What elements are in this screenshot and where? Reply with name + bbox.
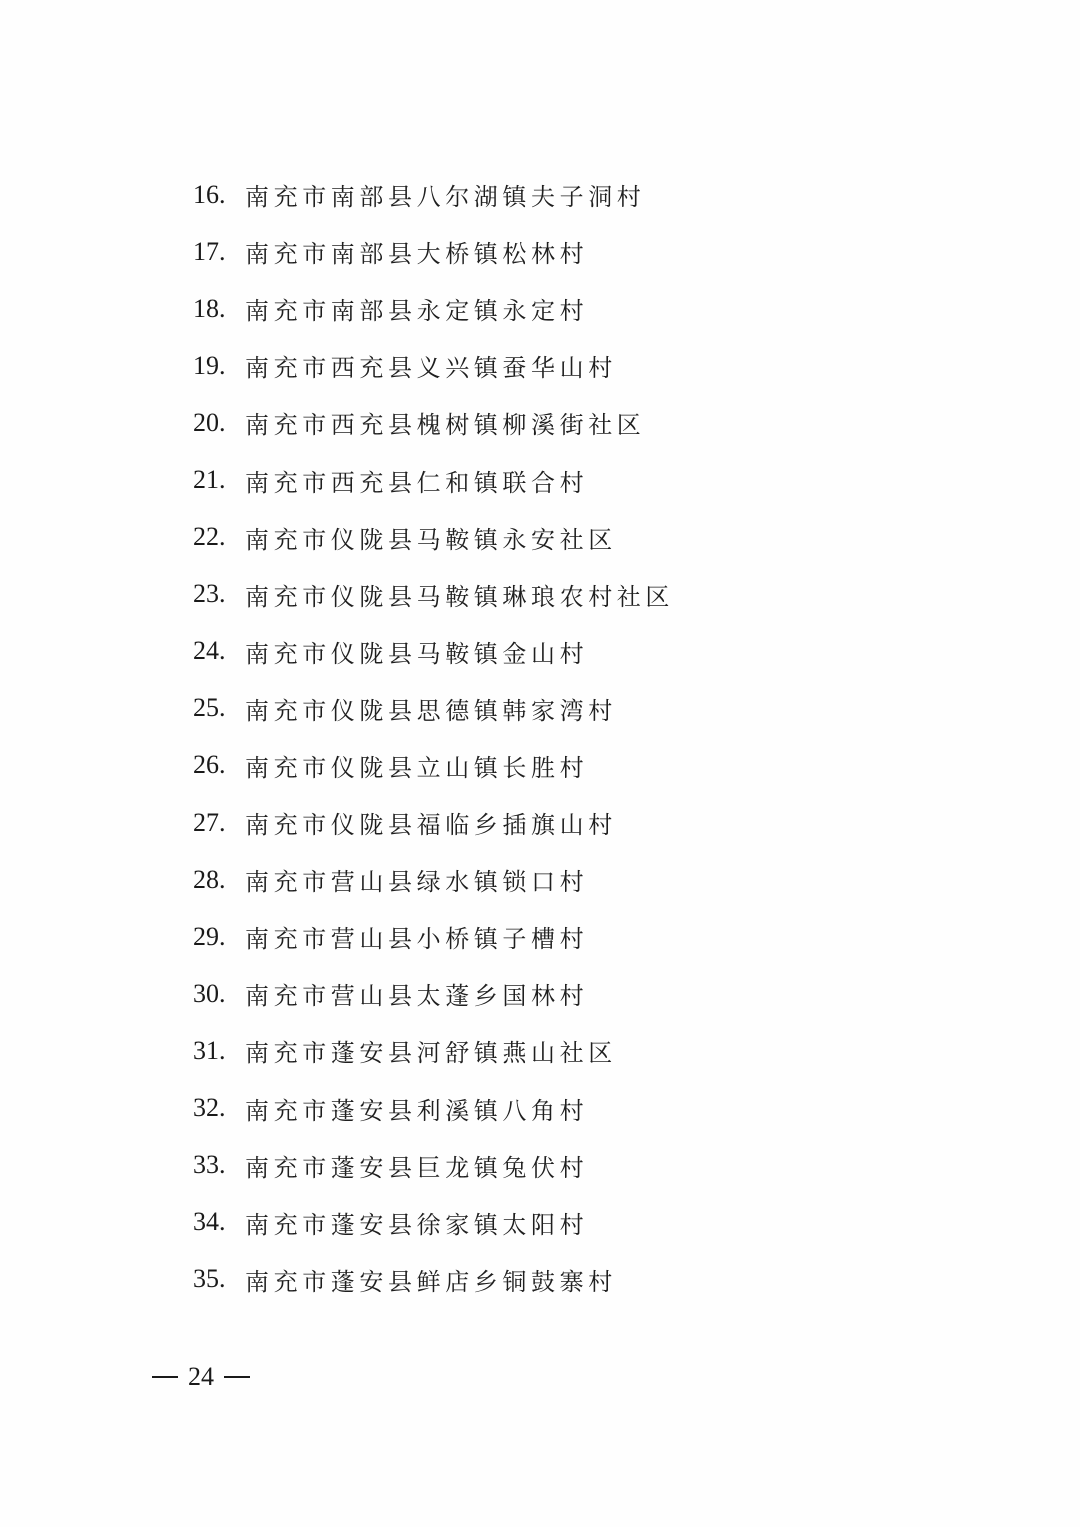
- item-number: 26.: [193, 750, 245, 780]
- item-number: 32.: [193, 1093, 245, 1123]
- item-text: 南充市南部县大桥镇松林村: [245, 234, 588, 269]
- item-number: 33.: [193, 1150, 245, 1180]
- list-item: 35.南充市蓬安县鲜店乡铜鼓寨村: [193, 1251, 674, 1308]
- item-text: 南充市西充县仁和镇联合村: [245, 463, 588, 498]
- item-number: 34.: [193, 1207, 245, 1237]
- footer-dash-right: [224, 1376, 250, 1377]
- item-text: 南充市仪陇县福临乡插旗山村: [245, 805, 617, 840]
- item-text: 南充市南部县永定镇永定村: [245, 291, 588, 326]
- item-text: 南充市蓬安县河舒镇燕山社区: [245, 1033, 617, 1068]
- item-number: 22.: [193, 522, 245, 552]
- item-text: 南充市仪陇县立山镇长胜村: [245, 748, 588, 783]
- item-number: 20.: [193, 408, 245, 438]
- item-number: 25.: [193, 693, 245, 723]
- item-text: 南充市西充县义兴镇蚕华山村: [245, 348, 617, 383]
- item-text: 南充市蓬安县鲜店乡铜鼓寨村: [245, 1262, 617, 1297]
- list-item: 25.南充市仪陇县思德镇韩家湾村: [193, 680, 674, 737]
- item-text: 南充市营山县太蓬乡国林村: [245, 976, 588, 1011]
- list-item: 23.南充市仪陇县马鞍镇琳琅农村社区: [193, 566, 674, 623]
- item-text: 南充市仪陇县马鞍镇琳琅农村社区: [245, 577, 674, 612]
- document-page: 16.南充市南部县八尔湖镇夫子洞村 17.南充市南部县大桥镇松林村 18.南充市…: [0, 0, 1080, 1527]
- item-text: 南充市西充县槐树镇柳溪街社区: [245, 405, 645, 440]
- item-text: 南充市仪陇县马鞍镇永安社区: [245, 520, 617, 555]
- item-number: 35.: [193, 1264, 245, 1294]
- list-item: 20.南充市西充县槐树镇柳溪街社区: [193, 394, 674, 451]
- item-number: 30.: [193, 979, 245, 1009]
- list-item: 28.南充市营山县绿水镇锁口村: [193, 851, 674, 908]
- item-text: 南充市营山县绿水镇锁口村: [245, 862, 588, 897]
- list-item: 27.南充市仪陇县福临乡插旗山村: [193, 794, 674, 851]
- list-item: 33.南充市蓬安县巨龙镇兔伏村: [193, 1137, 674, 1194]
- list-item: 22.南充市仪陇县马鞍镇永安社区: [193, 509, 674, 566]
- item-number: 29.: [193, 922, 245, 952]
- list-item: 29.南充市营山县小桥镇子槽村: [193, 908, 674, 965]
- list-item: 34.南充市蓬安县徐家镇太阳村: [193, 1194, 674, 1251]
- item-number: 17.: [193, 237, 245, 267]
- list-item: 21.南充市西充县仁和镇联合村: [193, 451, 674, 508]
- list-item: 30.南充市营山县太蓬乡国林村: [193, 965, 674, 1022]
- list-item: 18.南充市南部县永定镇永定村: [193, 280, 674, 337]
- item-number: 21.: [193, 465, 245, 495]
- item-text: 南充市蓬安县徐家镇太阳村: [245, 1205, 588, 1240]
- list-item: 16.南充市南部县八尔湖镇夫子洞村: [193, 166, 674, 223]
- list-item: 19.南充市西充县义兴镇蚕华山村: [193, 337, 674, 394]
- item-text: 南充市蓬安县利溪镇八角村: [245, 1091, 588, 1126]
- list-item: 26.南充市仪陇县立山镇长胜村: [193, 737, 674, 794]
- list-item: 32.南充市蓬安县利溪镇八角村: [193, 1080, 674, 1137]
- item-number: 18.: [193, 294, 245, 324]
- item-text: 南充市仪陇县马鞍镇金山村: [245, 634, 588, 669]
- list-item: 17.南充市南部县大桥镇松林村: [193, 223, 674, 280]
- item-number: 28.: [193, 865, 245, 895]
- item-text: 南充市南部县八尔湖镇夫子洞村: [245, 177, 645, 212]
- item-text: 南充市营山县小桥镇子槽村: [245, 919, 588, 954]
- village-list: 16.南充市南部县八尔湖镇夫子洞村 17.南充市南部县大桥镇松林村 18.南充市…: [193, 166, 674, 1308]
- page-footer: 24: [152, 1362, 250, 1392]
- item-number: 16.: [193, 180, 245, 210]
- footer-dash-left: [152, 1376, 178, 1377]
- page-number: 24: [188, 1362, 214, 1392]
- item-number: 23.: [193, 579, 245, 609]
- list-item: 24.南充市仪陇县马鞍镇金山村: [193, 623, 674, 680]
- item-text: 南充市蓬安县巨龙镇兔伏村: [245, 1148, 588, 1183]
- item-number: 31.: [193, 1036, 245, 1066]
- list-item: 31.南充市蓬安县河舒镇燕山社区: [193, 1022, 674, 1079]
- item-text: 南充市仪陇县思德镇韩家湾村: [245, 691, 617, 726]
- item-number: 19.: [193, 351, 245, 381]
- item-number: 24.: [193, 636, 245, 666]
- item-number: 27.: [193, 808, 245, 838]
